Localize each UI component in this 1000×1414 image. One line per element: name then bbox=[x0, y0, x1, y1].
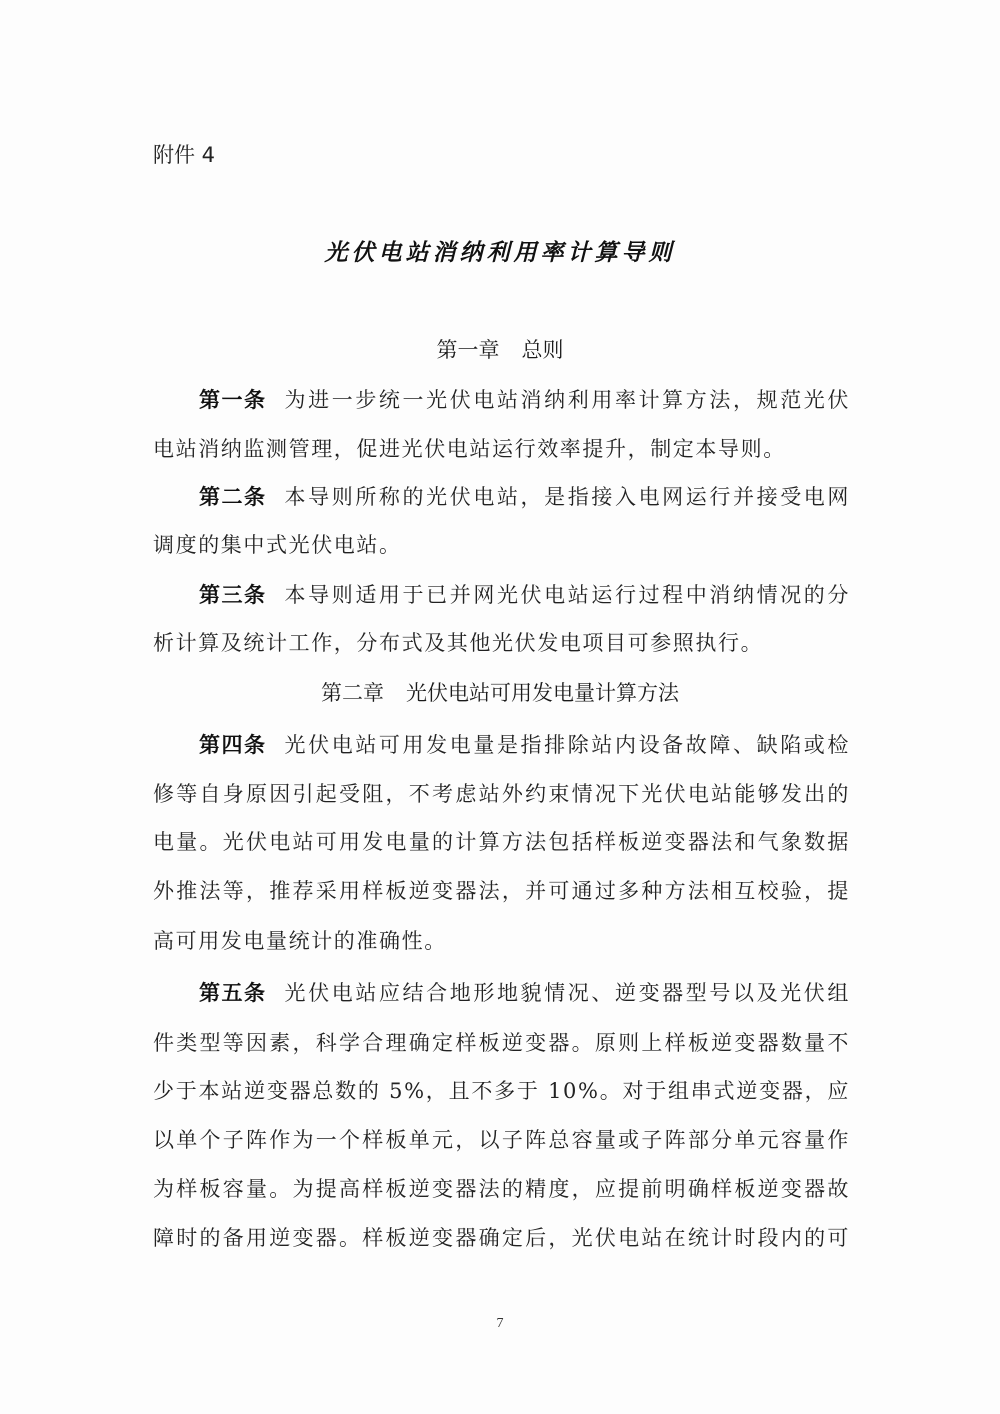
document-page: 附件 4 光伏电站消纳利用率计算导则 第一章总则 第一条为进一步统一光伏电站消纳… bbox=[0, 0, 1000, 1414]
chapter-heading-2: 第二章光伏电站可用发电量计算方法 bbox=[0, 678, 1000, 708]
article-label: 第一条 bbox=[199, 388, 267, 412]
page-number: 7 bbox=[0, 1316, 1000, 1332]
article-label: 第三条 bbox=[199, 583, 267, 607]
chapter-title: 总则 bbox=[522, 338, 564, 362]
chapter-title: 光伏电站可用发电量计算方法 bbox=[406, 681, 679, 705]
article-5-line-4: 以单个子阵作为一个样板单元，以子阵总容量或子阵部分单元容量作 bbox=[153, 1125, 850, 1155]
article-label: 第五条 bbox=[199, 981, 267, 1005]
article-3-line-2: 析计算及统计工作，分布式及其他光伏发电项目可参照执行。 bbox=[153, 628, 850, 658]
attachment-label: 附件 4 bbox=[153, 140, 215, 170]
article-4-line-1: 第四条光伏电站可用发电量是指排除站内设备故障、缺陷或检 bbox=[199, 730, 850, 760]
article-2-line-2: 调度的集中式光伏电站。 bbox=[153, 530, 850, 560]
article-label: 第二条 bbox=[199, 485, 267, 509]
chapter-number: 第一章 bbox=[437, 338, 500, 362]
article-4-line-5: 高可用发电量统计的准确性。 bbox=[153, 926, 850, 956]
article-5-line-2: 件类型等因素，科学合理确定样板逆变器。原则上样板逆变器数量不 bbox=[153, 1028, 850, 1058]
article-5-line-5: 为样板容量。为提高样板逆变器法的精度，应提前明确样板逆变器故 bbox=[153, 1174, 850, 1204]
article-label: 第四条 bbox=[199, 733, 267, 757]
article-2-line-1: 第二条本导则所称的光伏电站，是指接入电网运行并接受电网 bbox=[199, 482, 850, 512]
article-5-line-6: 障时的备用逆变器。样板逆变器确定后，光伏电站在统计时段内的可 bbox=[153, 1223, 850, 1253]
article-4-line-4: 外推法等，推荐采用样板逆变器法，并可通过多种方法相互校验，提 bbox=[153, 876, 850, 906]
article-5-line-1: 第五条光伏电站应结合地形地貌情况、逆变器型号以及光伏组 bbox=[199, 978, 850, 1008]
chapter-number: 第二章 bbox=[321, 681, 384, 705]
article-3-line-1: 第三条本导则适用于已并网光伏电站运行过程中消纳情况的分 bbox=[199, 580, 850, 610]
document-title: 光伏电站消纳利用率计算导则 bbox=[0, 236, 1000, 270]
article-4-line-2: 修等自身原因引起受阻，不考虑站外约束情况下光伏电站能够发出的 bbox=[153, 779, 850, 809]
article-1-line-1: 第一条为进一步统一光伏电站消纳利用率计算方法，规范光伏 bbox=[199, 385, 850, 415]
article-4-line-3: 电量。光伏电站可用发电量的计算方法包括样板逆变器法和气象数据 bbox=[153, 827, 850, 857]
chapter-heading-1: 第一章总则 bbox=[0, 335, 1000, 365]
article-5-line-3: 少于本站逆变器总数的 5%，且不多于 10%。对于组串式逆变器，应 bbox=[153, 1076, 850, 1106]
article-1-line-2: 电站消纳监测管理，促进光伏电站运行效率提升，制定本导则。 bbox=[153, 434, 850, 464]
